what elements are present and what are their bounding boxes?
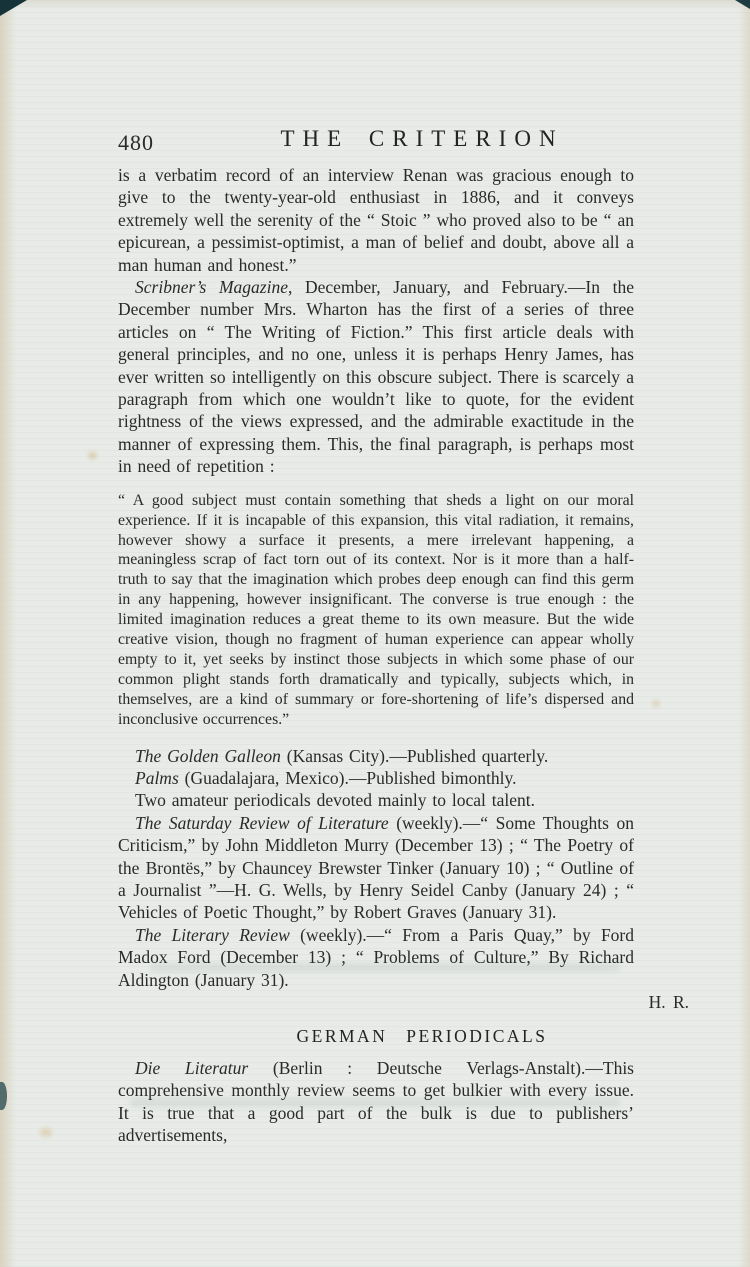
scan-corner-artifact <box>0 0 27 16</box>
running-header: 480 THE CRITERION <box>118 126 634 164</box>
paragraph-die-literatur: Die Literatur (Berlin : Deutsche Verlags… <box>118 1057 634 1147</box>
page-number: 480 <box>118 130 154 156</box>
paragraph-scribners-magazine: Scribner’s Magazine, December, January, … <box>118 276 634 478</box>
paragraph-text: (Kansas City).—Published quarterly. <box>281 746 548 766</box>
scanned-book-page: 480 THE CRITERION is a verbatim record o… <box>0 0 750 1267</box>
periodical-title: Palms <box>135 768 179 788</box>
foxing-spot <box>88 452 97 459</box>
paragraph-text: (Guadalajara, Mexico).—Published bimonth… <box>179 768 517 788</box>
paragraph-literary-review: The Literary Review (weekly).—“ From a P… <box>118 924 634 991</box>
foxing-spot <box>652 700 660 707</box>
block-quote-wharton: “ A good subject must contain something … <box>118 491 634 730</box>
paragraph-golden-galleon: The Golden Galleon (Kansas City).—Publis… <box>118 745 634 767</box>
foxing-spot <box>40 1128 52 1137</box>
paragraph-continuation: is a verbatim record of an interview Ren… <box>118 164 634 276</box>
periodical-title: The Golden Galleon <box>135 746 281 766</box>
quote-text: “ A good subject must contain something … <box>118 492 634 728</box>
scan-edge-artifact <box>0 1082 7 1110</box>
periodical-title: The Saturday Review of Literature <box>135 813 389 833</box>
paragraph-amateur-periodicals: Two amateur periodicals devoted mainly t… <box>118 789 634 811</box>
reviewer-initials: H. R. <box>118 992 689 1013</box>
periodical-title: Die Literatur <box>135 1058 248 1078</box>
text-column: 480 THE CRITERION is a verbatim record o… <box>118 126 634 1147</box>
scan-corner-artifact <box>735 0 750 9</box>
paragraph-text: , December, January, and February.—In th… <box>118 277 634 476</box>
paragraph-text: is a verbatim record of an interview Ren… <box>118 165 634 275</box>
section-heading-german-periodicals: GERMAN PERIODICALS <box>164 1026 680 1047</box>
paragraph-text: Two amateur periodicals devoted mainly t… <box>135 790 535 810</box>
journal-title: THE CRITERION <box>164 126 680 152</box>
periodical-title: Scribner’s Magazine <box>135 277 288 297</box>
periodical-title: The Literary Review <box>135 925 290 945</box>
paragraph-palms: Palms (Guadalajara, Mexico).—Published b… <box>118 767 634 789</box>
paragraph-saturday-review: The Saturday Review of Literature (weekl… <box>118 812 634 924</box>
